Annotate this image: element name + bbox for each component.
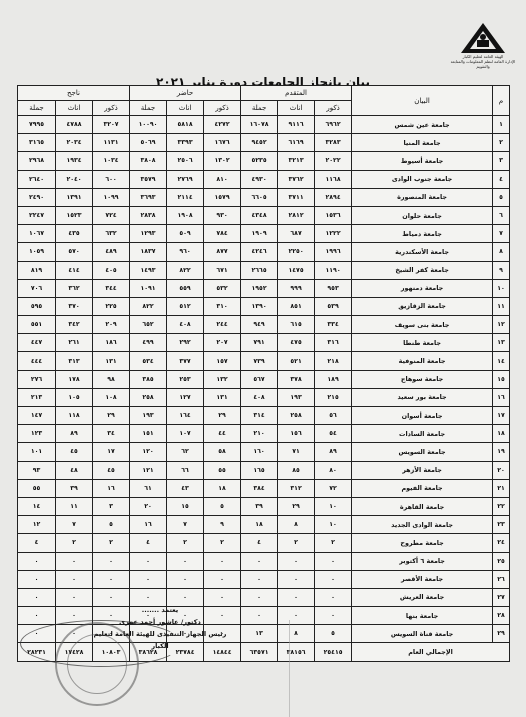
cell-reg-total: ٠ bbox=[241, 607, 278, 625]
cell-pass-male: ٢ bbox=[93, 534, 130, 552]
table-row: ٨جامعة الأسكندرية١٩٩٦٢٢٥٠٤٢٤٦٨٧٧٩٦٠١٨٣٧٤… bbox=[18, 243, 510, 261]
cell-reg-female: ١٤٧٥ bbox=[278, 261, 315, 279]
cell-att-male: ٨١٠ bbox=[204, 170, 241, 188]
cell-reg-total: ١٣٩٠ bbox=[241, 297, 278, 315]
cell-reg-total: ٣٨٤ bbox=[241, 479, 278, 497]
cell-att-male: ٧٨٤ bbox=[204, 225, 241, 243]
cell-pass-female: ٠ bbox=[56, 570, 93, 588]
cell-pass-total: ٠ bbox=[18, 607, 56, 625]
col-index-header: م bbox=[493, 86, 510, 116]
table-row: ٢٢جامعة القاهرة١٠٢٩٣٩٥١٥٢٠٣١١١٤ bbox=[18, 497, 510, 515]
cell-reg-female: ٢٩ bbox=[278, 497, 315, 515]
cell-reg-total: ٢١٠ bbox=[241, 425, 278, 443]
subcol-header: اناث bbox=[167, 101, 204, 116]
cell-pass-male: ٦٠٠ bbox=[93, 170, 130, 188]
cell-pass-male: ٣٢٠٧ bbox=[93, 116, 130, 134]
cell-pass-female: ٥٧٠ bbox=[56, 243, 93, 261]
total-label: الإجمالي العام bbox=[352, 643, 510, 661]
row-index: ٢٠ bbox=[493, 461, 510, 479]
cell-reg-female: ١٥٦ bbox=[278, 425, 315, 443]
cell-pass-male: ٢٩ bbox=[93, 407, 130, 425]
row-index: ١٠ bbox=[493, 279, 510, 297]
cell-reg-female: ٠ bbox=[278, 552, 315, 570]
table-row: ١٦جامعة بور سعيد٢١٥١٩٣٤٠٨١٣١١٢٧٢٥٨١٠٨١٠٥… bbox=[18, 388, 510, 406]
row-index: ٢٨ bbox=[493, 607, 510, 625]
cell-reg-female: ٣٧٨ bbox=[278, 370, 315, 388]
cell-reg-male: ٢٠٢٢ bbox=[315, 152, 352, 170]
cell-pass-total: ٠ bbox=[18, 570, 56, 588]
cell-att-male: ٥ bbox=[204, 497, 241, 515]
cell-reg-female: ٢٢٥٠ bbox=[278, 243, 315, 261]
cell-att-female: ١٥ bbox=[167, 497, 204, 515]
cell-reg-total: ٧٩١ bbox=[241, 334, 278, 352]
cell-reg-male: ٣١٦ bbox=[315, 334, 352, 352]
cell-att-total: ٤٩٩ bbox=[130, 334, 167, 352]
table-row: ٦جامعة حلوان١٥٣٦٢٨١٢٤٣٤٨٩٣٠١٩٠٨٢٨٣٨٧٢٤١٥… bbox=[18, 206, 510, 224]
cell-reg-male: ٦٩٦٢ bbox=[315, 116, 352, 134]
cell-att-male: ٦٧١ bbox=[204, 261, 241, 279]
row-index: ٨ bbox=[493, 243, 510, 261]
cell-pass-female: ٤٣٥ bbox=[56, 225, 93, 243]
cell-pass-female: ٧ bbox=[56, 516, 93, 534]
cell-pass-total: ٨١٩ bbox=[18, 261, 56, 279]
cell-att-total: ١٢١ bbox=[130, 461, 167, 479]
cell-att-total: ٣٦٩٣ bbox=[130, 188, 167, 206]
cell-reg-total: ٤٣٤٨ bbox=[241, 206, 278, 224]
cell-pass-total: ٥٥١ bbox=[18, 316, 56, 334]
cell-pass-male: ١٨٦ bbox=[93, 334, 130, 352]
subcol-header: جملة bbox=[18, 101, 56, 116]
pyramid-logo-icon bbox=[460, 22, 506, 54]
cell-att-total: ١٤٩٣ bbox=[130, 261, 167, 279]
cell-pass-total: ٥٥ bbox=[18, 479, 56, 497]
cell-pass-total: ٩٣ bbox=[18, 461, 56, 479]
org-logo: الهيئة العامة لتعليم الكبار الإدارة العا… bbox=[448, 22, 518, 74]
row-index: ٢١ bbox=[493, 479, 510, 497]
row-index: ١٣ bbox=[493, 334, 510, 352]
table-row: ٢جامعة المنيا٣٢٨٣٦١٦٩٩٤٥٢١٦٧٦٣٣٩٣٥٠٦٩١١٣… bbox=[18, 134, 510, 152]
cell-reg-female: ٨٥ bbox=[278, 461, 315, 479]
cell-att-male: ٢٩ bbox=[204, 407, 241, 425]
table-row: ١١جامعة الزقازيق٥٣٩٨٥١١٣٩٠٣١٠٥١٢٨٢٢٢٢٥٣٧… bbox=[18, 297, 510, 315]
cell-reg-female: ٨٥١ bbox=[278, 297, 315, 315]
cell-reg-total: ١٦٥ bbox=[241, 461, 278, 479]
cell-pass-female: ٢٦١ bbox=[56, 334, 93, 352]
cell-reg-total: ١٨ bbox=[241, 516, 278, 534]
cell-pass-total: ٠ bbox=[18, 588, 56, 606]
university-name: جامعة الأقصر bbox=[352, 570, 493, 588]
row-index: ٢٩ bbox=[493, 625, 510, 643]
cell-reg-male: ٢ bbox=[315, 534, 352, 552]
cell-att-total: ١٠٩١ bbox=[130, 279, 167, 297]
cell-att-total: ١٩٣ bbox=[130, 407, 167, 425]
cell-reg-total: ٤٢٤٦ bbox=[241, 243, 278, 261]
cell-pass-male: ٣٤٤ bbox=[93, 279, 130, 297]
cell-pass-female: ٤١٤ bbox=[56, 261, 93, 279]
cell-pass-total: ٧٩٩٥ bbox=[18, 116, 56, 134]
cell-pass-female: ٤٥ bbox=[56, 443, 93, 461]
subcol-header: ذكور bbox=[315, 101, 352, 116]
cell-pass-male: ٤٠٥ bbox=[93, 261, 130, 279]
cell-reg-male: ٣٢٨٣ bbox=[315, 134, 352, 152]
cell-pass-total: ٣١٦٥ bbox=[18, 134, 56, 152]
cell-pass-female: ١٩٣٤ bbox=[56, 152, 93, 170]
subcol-header: ذكور bbox=[93, 101, 130, 116]
cell-reg-male: ١١٩٠ bbox=[315, 261, 352, 279]
university-name: جامعة الأزهر bbox=[352, 461, 493, 479]
cell-pass-total: ١٤٧ bbox=[18, 407, 56, 425]
cell-att-male: ٥٣٢ bbox=[204, 279, 241, 297]
cell-att-female: ٠ bbox=[167, 552, 204, 570]
cell-pass-total: ٢٧٦ bbox=[18, 370, 56, 388]
cell-pass-female: ١٠٥ bbox=[56, 388, 93, 406]
table-row: ٢٠جامعة الأزهر٨٠٨٥١٦٥٥٥٦٦١٢١٤٥٤٨٩٣ bbox=[18, 461, 510, 479]
cell-reg-female: ٦١٥ bbox=[278, 316, 315, 334]
cell-reg-female: ١٩٣ bbox=[278, 388, 315, 406]
cell-reg-female: ٨ bbox=[278, 625, 315, 643]
table-row: ١٧جامعة أسوان٥٦٢٥٨٣١٤٢٩١٦٤١٩٣٢٩١١٨١٤٧ bbox=[18, 407, 510, 425]
org-subtitle: الإدارة العامة لنظم المعلومات والمتابعة … bbox=[448, 59, 518, 69]
cell-reg-total: ٧٣٩ bbox=[241, 352, 278, 370]
university-name: جامعة القاهرة bbox=[352, 497, 493, 515]
row-index: ٢٥ bbox=[493, 552, 510, 570]
cell-att-female: ٥٥٩ bbox=[167, 279, 204, 297]
cell-att-female: ٧ bbox=[167, 516, 204, 534]
cell-att-total: ٢٠ bbox=[130, 497, 167, 515]
cell-pass-total: ١٠١ bbox=[18, 443, 56, 461]
university-name: جامعة عين شمس bbox=[352, 116, 493, 134]
cell-pass-male: ٣٤ bbox=[93, 425, 130, 443]
table-row: ١٢جامعة بنى سويف٣٣٤٦١٥٩٤٩٢٤٤٤٠٨٦٥٢٢٠٩٣٤٢… bbox=[18, 316, 510, 334]
row-index: ١٨ bbox=[493, 425, 510, 443]
cell-reg-female: ٢ bbox=[278, 534, 315, 552]
cell-att-male: ٢٤٤ bbox=[204, 316, 241, 334]
cell-att-male: ٩ bbox=[204, 516, 241, 534]
cell-reg-male: ٠ bbox=[315, 570, 352, 588]
cell-reg-female: ٠ bbox=[278, 570, 315, 588]
cell-reg-female: ٩٩٩ bbox=[278, 279, 315, 297]
cell-reg-total: ٤ bbox=[241, 534, 278, 552]
table-row: ١٨جامعة السادات٥٤١٥٦٢١٠٤٤١٠٧١٥١٣٤٨٩١٢٣ bbox=[18, 425, 510, 443]
cell-pass-total: ٤ bbox=[18, 534, 56, 552]
table-row: ٣جامعة أسيوط٢٠٢٢٣٢١٣٥٢٣٥١٣٠٢٢٥٠٦٣٨٠٨١٠٣٤… bbox=[18, 152, 510, 170]
cell-reg-total: ٦٣٥٧١ bbox=[241, 643, 278, 661]
table-row: ٧جامعة دمياط١٢٢٢٦٨٧١٩٠٩٧٨٤٥٠٩١٢٩٣٦٣٢٤٣٥١… bbox=[18, 225, 510, 243]
cell-pass-female: ٢٠٣٤ bbox=[56, 134, 93, 152]
cell-att-total: ١٢٠ bbox=[130, 443, 167, 461]
cell-att-male: ١٦٧٦ bbox=[204, 134, 241, 152]
university-name: جامعة السويس bbox=[352, 443, 493, 461]
cell-pass-male: ٩٨ bbox=[93, 370, 130, 388]
cell-att-female: ٢٩٢ bbox=[167, 334, 204, 352]
university-name: جامعة قناة السويس bbox=[352, 625, 493, 643]
cell-reg-male: ٥٤ bbox=[315, 425, 352, 443]
cell-att-female: ١٩٠٨ bbox=[167, 206, 204, 224]
cell-reg-female: ٦١٦٩ bbox=[278, 134, 315, 152]
cell-pass-male: ٠ bbox=[93, 570, 130, 588]
cell-att-female: ٣٣٩٣ bbox=[167, 134, 204, 152]
university-name: جامعة جنوب الوادى bbox=[352, 170, 493, 188]
cell-reg-total: ٠ bbox=[241, 570, 278, 588]
university-name: جامعة طنطا bbox=[352, 334, 493, 352]
cell-reg-male: ١٠ bbox=[315, 497, 352, 515]
cell-att-male: ١٣٠٢ bbox=[204, 152, 241, 170]
cell-reg-male: ٠ bbox=[315, 552, 352, 570]
cell-reg-total: ٢٦٦٥ bbox=[241, 261, 278, 279]
cell-reg-male: ٧٢ bbox=[315, 479, 352, 497]
cell-reg-female: ٣٨١٥٦ bbox=[278, 643, 315, 661]
cell-pass-female: ١١ bbox=[56, 497, 93, 515]
cell-att-total: ١٠٠٩٠ bbox=[130, 116, 167, 134]
cell-pass-male: ٤٥ bbox=[93, 461, 130, 479]
cell-att-female: ٨٢٢ bbox=[167, 261, 204, 279]
cell-att-total: ٣٥٧٩ bbox=[130, 170, 167, 188]
row-index: ١٢ bbox=[493, 316, 510, 334]
cell-att-total: ١٦ bbox=[130, 516, 167, 534]
row-index: ٥ bbox=[493, 188, 510, 206]
cell-att-male: ١٥٧ bbox=[204, 352, 241, 370]
cell-att-male: ٥٥ bbox=[204, 461, 241, 479]
cell-att-total: ٢٨٣٨ bbox=[130, 206, 167, 224]
cell-att-male: ٤٤ bbox=[204, 425, 241, 443]
table-row: ٢٥جامعة ٦ أكتوبر٠٠٠٠٠٠٠٠٠ bbox=[18, 552, 510, 570]
cell-pass-total: ١٤ bbox=[18, 497, 56, 515]
cell-pass-female: ٣٩ bbox=[56, 479, 93, 497]
cell-reg-female: ٢٥٨ bbox=[278, 407, 315, 425]
cell-reg-female: ٣٧٦٢ bbox=[278, 170, 315, 188]
cell-reg-total: ٠ bbox=[241, 588, 278, 606]
row-index: ٩ bbox=[493, 261, 510, 279]
cell-pass-total: ١٢ bbox=[18, 516, 56, 534]
university-name: جامعة العريش bbox=[352, 588, 493, 606]
cell-att-female: ٤٣ bbox=[167, 479, 204, 497]
row-index: ١١ bbox=[493, 297, 510, 315]
university-name: جامعة حلوان bbox=[352, 206, 493, 224]
cell-att-male: ١٣١ bbox=[204, 388, 241, 406]
cell-pass-female: ٣٧٠ bbox=[56, 297, 93, 315]
subcol-header: جملة bbox=[130, 101, 167, 116]
cell-att-total: ٢٥٨ bbox=[130, 388, 167, 406]
cell-att-total: ٠ bbox=[130, 552, 167, 570]
cell-att-female: ٢١١٤ bbox=[167, 188, 204, 206]
cell-reg-male: ٥ bbox=[315, 625, 352, 643]
university-name: جامعة الفيوم bbox=[352, 479, 493, 497]
cell-reg-male: ٩٥٣ bbox=[315, 279, 352, 297]
row-index: ١ bbox=[493, 116, 510, 134]
table-row: ١٥جامعة سوهاج١٨٩٣٧٨٥٦٧١٣٢٢٥٣٣٨٥٩٨١٧٨٢٧٦ bbox=[18, 370, 510, 388]
cell-reg-male: ٢٥٤١٥ bbox=[315, 643, 352, 661]
table-row: ٢٦جامعة الأقصر٠٠٠٠٠٠٠٠٠ bbox=[18, 570, 510, 588]
row-index: ٢ bbox=[493, 134, 510, 152]
cell-att-male: ٩٣٠ bbox=[204, 206, 241, 224]
cell-pass-female: ٠ bbox=[56, 588, 93, 606]
cell-reg-male: ١٥٣٦ bbox=[315, 206, 352, 224]
cell-att-total: ١٨٣٧ bbox=[130, 243, 167, 261]
cell-pass-male: ١٧ bbox=[93, 443, 130, 461]
cell-pass-total: ٤٤٧ bbox=[18, 334, 56, 352]
row-index: ٢٦ bbox=[493, 570, 510, 588]
cell-pass-male: ٣ bbox=[93, 497, 130, 515]
cell-reg-male: ١٩٩٦ bbox=[315, 243, 352, 261]
cell-att-total: ٣٨٠٨ bbox=[130, 152, 167, 170]
cell-pass-total: ١٢٣ bbox=[18, 425, 56, 443]
cell-att-male: ٥٨ bbox=[204, 443, 241, 461]
signer-name: دكتور/ عاشور أحمد عمرى bbox=[90, 616, 230, 628]
row-index: ٣ bbox=[493, 152, 510, 170]
cell-pass-male: ٢٢٥ bbox=[93, 297, 130, 315]
cell-reg-female: ٧١ bbox=[278, 443, 315, 461]
cell-att-female: ٣٧٧ bbox=[167, 352, 204, 370]
row-index: ١٦ bbox=[493, 388, 510, 406]
cell-att-female: ٦٦ bbox=[167, 461, 204, 479]
cell-reg-total: ١٦٠٧٨ bbox=[241, 116, 278, 134]
cell-reg-male: ٢١٥ bbox=[315, 388, 352, 406]
cell-pass-female: ١٣٩١ bbox=[56, 188, 93, 206]
cell-pass-total: ٢٦٤٠ bbox=[18, 170, 56, 188]
cell-reg-total: ٩٤٥٢ bbox=[241, 134, 278, 152]
cell-pass-female: ٣٤٢ bbox=[56, 316, 93, 334]
cell-pass-female: ٣١٣ bbox=[56, 352, 93, 370]
cell-reg-male: ٥٣٩ bbox=[315, 297, 352, 315]
cell-reg-total: ٥٦٧ bbox=[241, 370, 278, 388]
cell-att-female: ٥٠٩ bbox=[167, 225, 204, 243]
cell-pass-male: ١٣١ bbox=[93, 352, 130, 370]
cell-att-total: ٤ bbox=[130, 534, 167, 552]
subcol-header: جملة bbox=[241, 101, 278, 116]
cell-reg-female: ٣٢١٣ bbox=[278, 152, 315, 170]
cell-att-male: ١٣٢ bbox=[204, 370, 241, 388]
university-name: جامعة الوادى الجديد bbox=[352, 516, 493, 534]
table-row: ١٤جامعة المنوفية٢١٨٥٢١٧٣٩١٥٧٣٧٧٥٣٤١٣١٣١٣… bbox=[18, 352, 510, 370]
cell-reg-male: ٠ bbox=[315, 607, 352, 625]
university-name: جامعة السادات bbox=[352, 425, 493, 443]
cell-reg-female: ٨ bbox=[278, 516, 315, 534]
cell-reg-female: ٠ bbox=[278, 588, 315, 606]
cell-pass-male: ١١٣١ bbox=[93, 134, 130, 152]
row-index: ١٥ bbox=[493, 370, 510, 388]
cell-pass-female: ٠ bbox=[56, 552, 93, 570]
cell-pass-female: ١١٨ bbox=[56, 407, 93, 425]
signer-position: رئيس الجهاز التنفيذى للهيئة العامة لتعلي… bbox=[90, 628, 230, 652]
university-name: جامعة دمنهور bbox=[352, 279, 493, 297]
university-name: جامعة الزقازيق bbox=[352, 297, 493, 315]
cell-reg-male: ٨٩ bbox=[315, 443, 352, 461]
cell-reg-male: ٥٦ bbox=[315, 407, 352, 425]
cell-att-male: ٤٢٧٢ bbox=[204, 116, 241, 134]
cell-reg-total: ١٦٠ bbox=[241, 443, 278, 461]
table-row: ٢٤جامعة مطروح٢٢٤٢٢٤٢٢٤ bbox=[18, 534, 510, 552]
cell-reg-female: ٣٧١١ bbox=[278, 188, 315, 206]
cell-pass-male: ٠ bbox=[93, 552, 130, 570]
cell-pass-female: ٢٠٤٠ bbox=[56, 170, 93, 188]
subcol-header: اناث bbox=[56, 101, 93, 116]
row-index: ٢٧ bbox=[493, 588, 510, 606]
table-row: ٢٣جامعة الوادى الجديد١٠٨١٨٩٧١٦٥٧١٢ bbox=[18, 516, 510, 534]
cell-att-female: ٠ bbox=[167, 570, 204, 588]
cell-pass-male: ٤٨٩ bbox=[93, 243, 130, 261]
cell-att-total: ٣٨٥ bbox=[130, 370, 167, 388]
cell-pass-total: ١٠٦٧ bbox=[18, 225, 56, 243]
row-index: ٢٣ bbox=[493, 516, 510, 534]
cell-att-total: ٥٣٤ bbox=[130, 352, 167, 370]
cell-pass-female: ٤٧٨٨ bbox=[56, 116, 93, 134]
cell-pass-male: ١٦ bbox=[93, 479, 130, 497]
row-index: ٢٢ bbox=[493, 497, 510, 515]
cell-reg-total: ١٩٥٢ bbox=[241, 279, 278, 297]
cell-reg-female: ٦٨٧ bbox=[278, 225, 315, 243]
cell-pass-male: ٧٢٤ bbox=[93, 206, 130, 224]
cell-reg-total: ٩٤٩ bbox=[241, 316, 278, 334]
cell-pass-male: ٥ bbox=[93, 516, 130, 534]
cell-reg-total: ٠ bbox=[241, 552, 278, 570]
university-name: جامعة ٦ أكتوبر bbox=[352, 552, 493, 570]
university-name: جامعة سوهاج bbox=[352, 370, 493, 388]
university-name: جامعة المنصورة bbox=[352, 188, 493, 206]
cell-att-female: ٢٧٦٩ bbox=[167, 170, 204, 188]
group-attended-header: حاضر bbox=[130, 86, 241, 101]
cell-reg-female: ٠ bbox=[278, 607, 315, 625]
cell-att-female: ١٠٧ bbox=[167, 425, 204, 443]
cell-pass-male: ٢٠٩ bbox=[93, 316, 130, 334]
cell-reg-total: ٤٩٣٠ bbox=[241, 170, 278, 188]
row-index: ٢٤ bbox=[493, 534, 510, 552]
table-row: ١٠جامعة دمنهور٩٥٣٩٩٩١٩٥٢٥٣٢٥٥٩١٠٩١٣٤٤٣٦٢… bbox=[18, 279, 510, 297]
cell-reg-total: ٣١٤ bbox=[241, 407, 278, 425]
cell-att-female: ٥٨١٨ bbox=[167, 116, 204, 134]
cell-att-total: ٨٢٢ bbox=[130, 297, 167, 315]
cell-att-male: ٢٠٧ bbox=[204, 334, 241, 352]
cell-reg-male: ١٠ bbox=[315, 516, 352, 534]
cell-reg-total: ٥٢٣٥ bbox=[241, 152, 278, 170]
cell-pass-male: ٦٣٢ bbox=[93, 225, 130, 243]
cell-pass-total: ٠ bbox=[18, 552, 56, 570]
university-name: جامعة أسيوط bbox=[352, 152, 493, 170]
row-index: ٤ bbox=[493, 170, 510, 188]
cell-att-male: ١٥٧٩ bbox=[204, 188, 241, 206]
university-name: جامعة الأسكندرية bbox=[352, 243, 493, 261]
table-row: ١٣جامعة طنطا٣١٦٤٧٥٧٩١٢٠٧٢٩٢٤٩٩١٨٦٢٦١٤٤٧ bbox=[18, 334, 510, 352]
table-row: ٩جامعة كفر الشيخ١١٩٠١٤٧٥٢٦٦٥٦٧١٨٢٢١٤٩٣٤٠… bbox=[18, 261, 510, 279]
cell-att-female: ٢ bbox=[167, 534, 204, 552]
table-row: ٤جامعة جنوب الوادى١١٦٨٣٧٦٢٤٩٣٠٨١٠٢٧٦٩٣٥٧… bbox=[18, 170, 510, 188]
cell-att-female: ٦٢ bbox=[167, 443, 204, 461]
subcol-header: ذكور bbox=[204, 101, 241, 116]
cell-reg-male: ٨٠ bbox=[315, 461, 352, 479]
cell-att-male: ٨٧٧ bbox=[204, 243, 241, 261]
university-name: جامعة كفر الشيخ bbox=[352, 261, 493, 279]
cell-reg-male: ١٨٩ bbox=[315, 370, 352, 388]
cell-reg-total: ٣٩ bbox=[241, 497, 278, 515]
cell-pass-female: ٢ bbox=[56, 534, 93, 552]
university-name: جامعة المنوفية bbox=[352, 352, 493, 370]
row-index: ١٧ bbox=[493, 407, 510, 425]
cell-pass-total: ٢١٣ bbox=[18, 388, 56, 406]
cell-pass-female: ٤٨ bbox=[56, 461, 93, 479]
table-row: ١جامعة عين شمس٦٩٦٢٩١١٦١٦٠٧٨٤٢٧٢٥٨١٨١٠٠٩٠… bbox=[18, 116, 510, 134]
cell-reg-total: ٤٠٨ bbox=[241, 388, 278, 406]
cell-pass-female: ٨٩ bbox=[56, 425, 93, 443]
universities-table: م البيان المتقدم حاضر ناجح ذكوراناثجملةذ… bbox=[17, 85, 510, 662]
cell-att-male: ٠ bbox=[204, 552, 241, 570]
cell-pass-total: ٢٤٩٠ bbox=[18, 188, 56, 206]
cell-pass-male: ١٠٣٤ bbox=[93, 152, 130, 170]
cell-reg-male: ١١٦٨ bbox=[315, 170, 352, 188]
university-name: جامعة دمياط bbox=[352, 225, 493, 243]
cell-att-total: ٦١ bbox=[130, 479, 167, 497]
cell-att-female: ٤٠٨ bbox=[167, 316, 204, 334]
row-index: ١٩ bbox=[493, 443, 510, 461]
cell-att-total: ١٥١ bbox=[130, 425, 167, 443]
